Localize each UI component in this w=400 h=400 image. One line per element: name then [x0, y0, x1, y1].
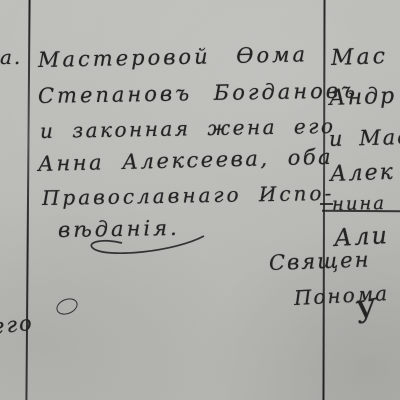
register-scan-page: ка. его Мастеровой Ѳома Степановъ Богдан…	[0, 0, 400, 400]
handwriting-center-line-1: Мастеровой Ѳома	[38, 42, 309, 72]
handwriting-right-line-3: и Мас	[329, 125, 400, 151]
handwriting-center-line-2: Степановъ Богдановъ	[38, 78, 358, 108]
column-rule-left	[25, 0, 30, 400]
handwriting-right-line-2: Андр	[329, 84, 397, 111]
handwriting-left-edge-fragment: ка.	[0, 45, 22, 69]
handwriting-center-line-6: вѣданія.	[58, 216, 180, 242]
handwriting-center-line-5: Православнаго Испо-	[42, 181, 335, 210]
handwriting-right-line-1: Мас	[331, 44, 389, 71]
ink-flourish-loop	[54, 295, 80, 317]
handwriting-bottom-left-fragment: его	[0, 311, 35, 339]
handwriting-right-line-5: нина	[332, 193, 386, 215]
handwriting-center-line-4: Анна Алексеева, оба	[38, 145, 334, 176]
handwriting-center-line-3: и законная жена его	[40, 114, 336, 143]
handwriting-priest-signature-start: Священ	[269, 247, 371, 275]
handwriting-right-line-4: Алек	[330, 160, 396, 187]
